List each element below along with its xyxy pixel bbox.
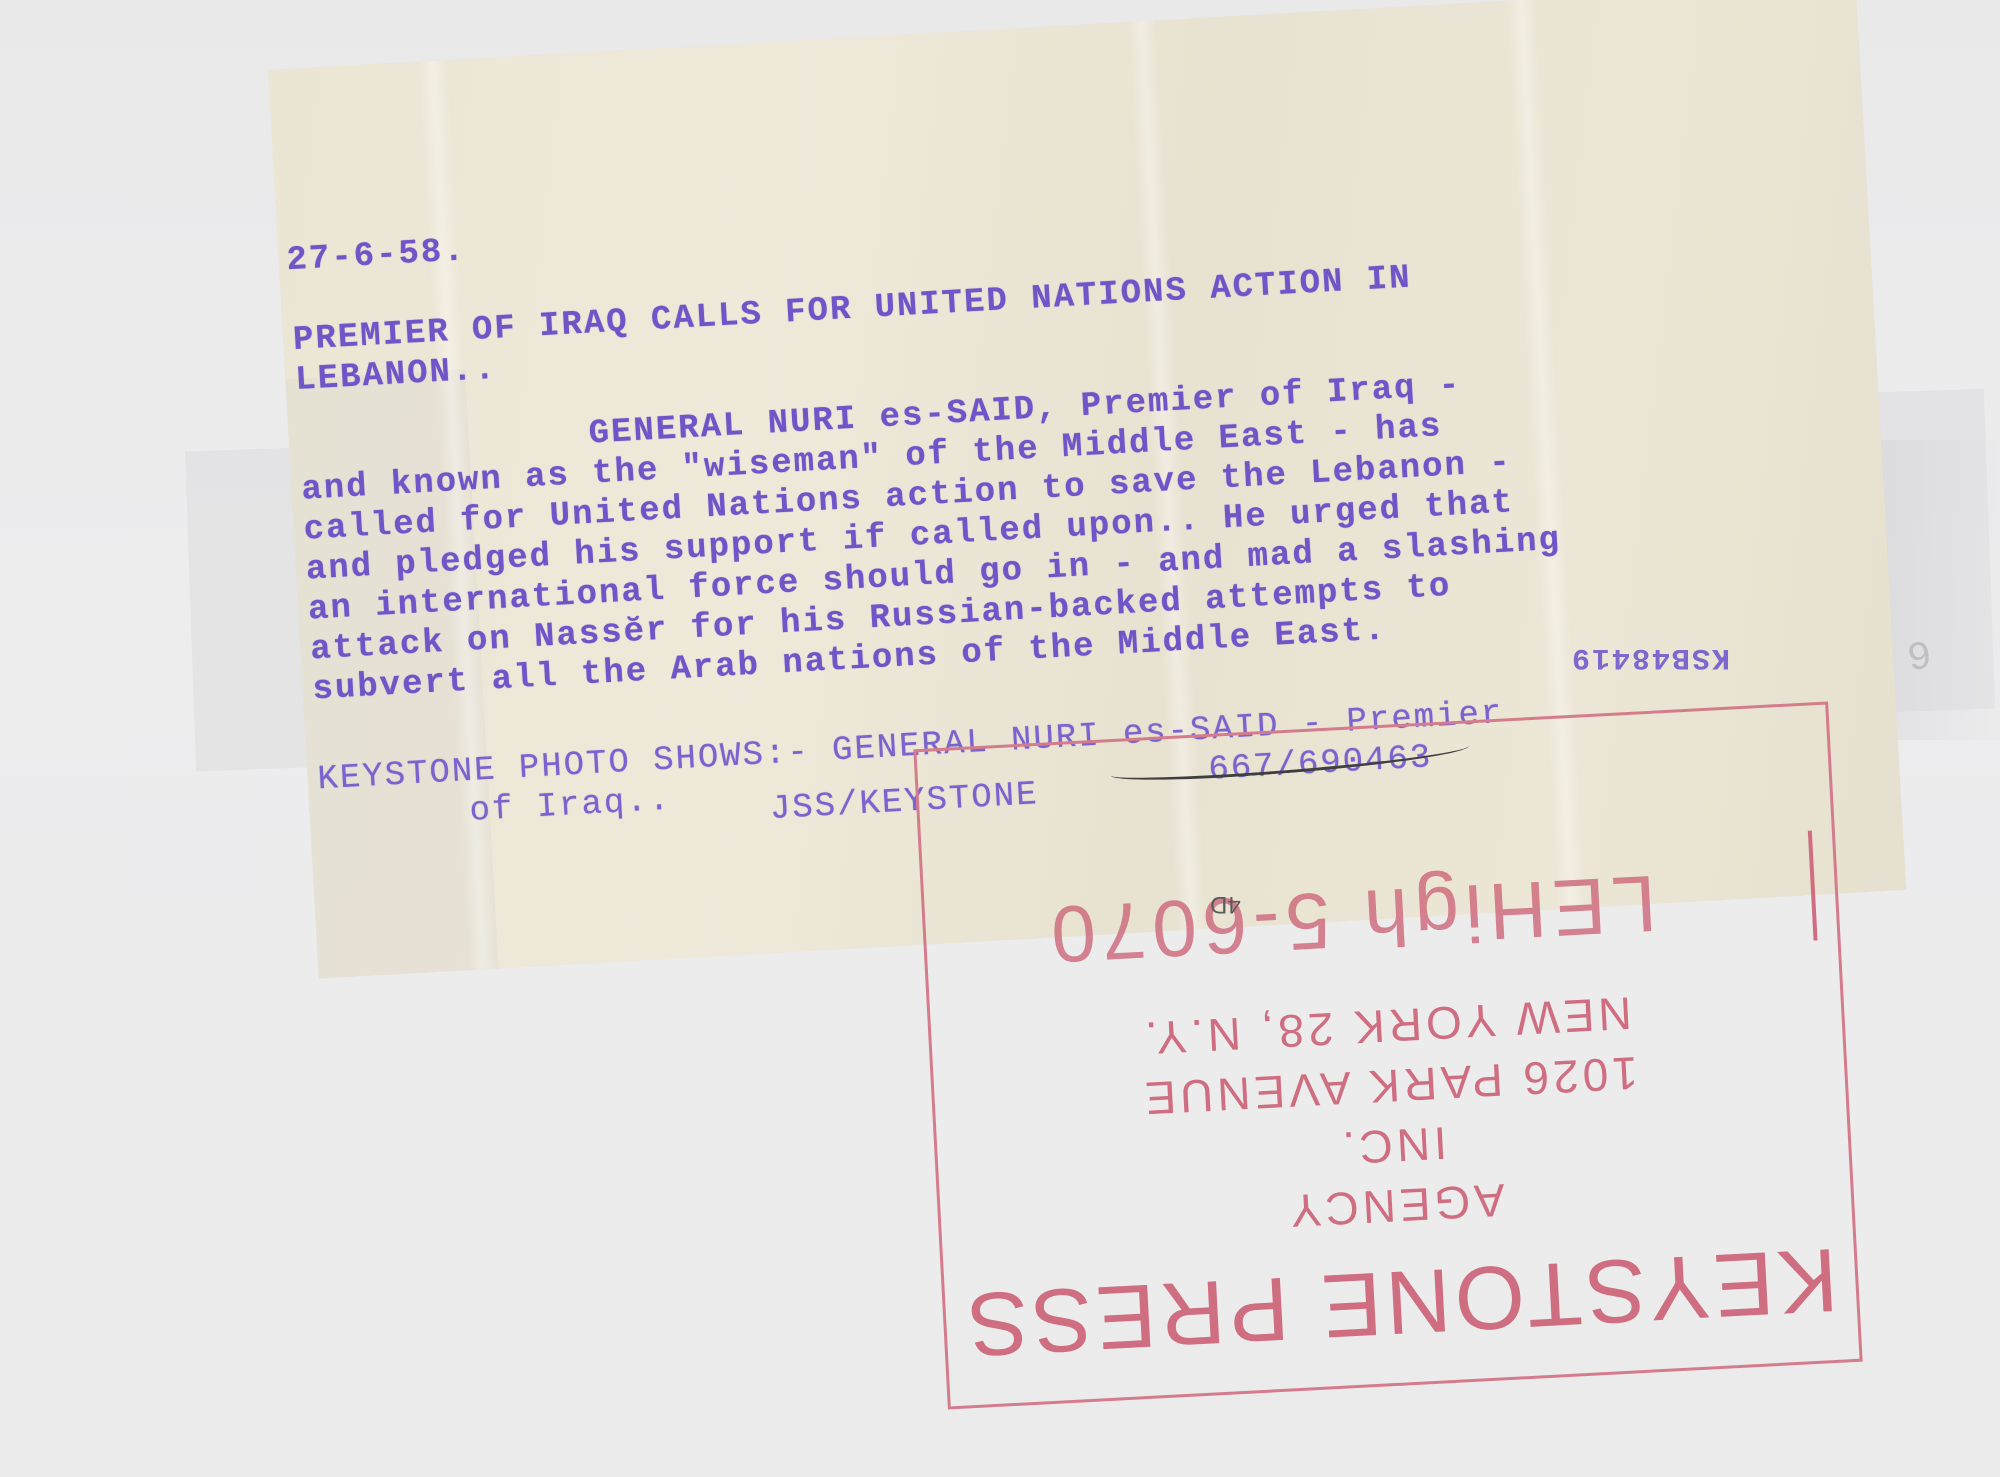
- caption-line-2: of Iraq..: [469, 784, 672, 829]
- reference-code: KSB48419: [1570, 640, 1730, 674]
- pencil-mark: 4D: [1210, 890, 1241, 918]
- date-line: 27-6-58.: [286, 234, 467, 278]
- stamp-tick: [1808, 831, 1818, 941]
- keystone-press-stamp: KEYSTONE PRESS AGENCY INC. 1026 PARK AVE…: [913, 701, 1862, 1409]
- stamp-phone: LEHigh 5-6070: [924, 851, 1778, 987]
- headline-line-2: LEBANON..: [294, 353, 497, 398]
